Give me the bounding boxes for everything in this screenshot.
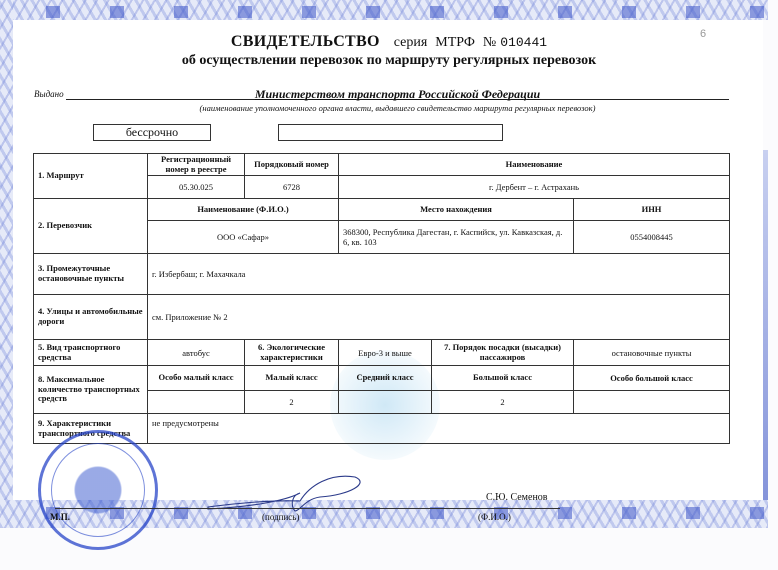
carrier-address-value: 368300, Республика Дагестан, г. Каспийск…: [339, 221, 574, 254]
route-name-header: Наименование: [339, 154, 730, 176]
characteristics-value: не предусмотрены: [148, 414, 730, 444]
table-row-carrier-header: 2. Перевозчик Наименование (Ф.И.О.) Мест…: [34, 199, 730, 221]
boarding-value: остановочные пункты: [574, 340, 730, 366]
class-value: [339, 391, 432, 414]
eco-value: Евро-3 и выше: [339, 340, 432, 366]
stamp-place-label: М.П.: [50, 512, 70, 522]
class-header: Особо большой класс: [574, 366, 730, 391]
table-row-max-classes: 8. Максимальное количество транспортных …: [34, 366, 730, 391]
stops-label: 3. Промежуточные остановочные пункты: [34, 254, 148, 295]
carrier-address-header: Место нахождения: [339, 199, 574, 221]
decorative-border-right: [763, 150, 768, 528]
class-value: 2: [432, 391, 574, 414]
certificate-subtitle: об осуществлении перевозок по маршруту р…: [0, 53, 778, 69]
class-value: [574, 391, 730, 414]
validity-term-box: бессрочно: [93, 124, 211, 141]
issued-by-value: Министерством транспорта Российской Феде…: [66, 87, 729, 102]
signature-caption: (подпись): [262, 512, 299, 522]
carrier-name-value: ООО «Сафар»: [148, 221, 339, 254]
certificate-number: 010441: [500, 35, 547, 50]
route-ord-header: Порядковый номер: [245, 154, 339, 176]
vehicle-type-label: 5. Вид транспортного средства: [34, 340, 148, 366]
series-value: МТРФ: [435, 35, 475, 50]
table-row-streets: 4. Улицы и автомобильные дороги см. Прил…: [34, 295, 730, 340]
carrier-inn-value: 0554008445: [574, 221, 730, 254]
validity-second-box: [278, 124, 503, 141]
title-text: СВИДЕТЕЛЬСТВО: [231, 33, 380, 50]
carrier-label: 2. Перевозчик: [34, 199, 148, 254]
class-header: Особо малый класс: [148, 366, 245, 391]
issued-label: Выдано: [34, 89, 64, 99]
class-value: 2: [245, 391, 339, 414]
decorative-border-left: [0, 0, 13, 528]
number-sign: №: [483, 35, 496, 50]
class-value: [148, 391, 245, 414]
route-name-value: г. Дербент – г. Астрахань: [339, 176, 730, 199]
eco-label: 6. Экологические характеристики: [245, 340, 339, 366]
class-header: Большой класс: [432, 366, 574, 391]
carrier-inn-header: ИНН: [574, 199, 730, 221]
table-row-characteristics: 9. Характеристики транспортного средства…: [34, 414, 730, 444]
max-vehicles-label: 8. Максимальное количество транспортных …: [34, 366, 148, 414]
class-header: Средний класс: [339, 366, 432, 391]
decorative-ornament-row-top: [14, 6, 764, 18]
table-row-stops: 3. Промежуточные остановочные пункты г. …: [34, 254, 730, 295]
streets-value: см. Приложение № 2: [148, 295, 730, 340]
table-row-route-header: 1. Маршрут Регистрационный номер в реест…: [34, 154, 730, 176]
signature-underline: [55, 508, 560, 509]
route-reg-header: Регистрационный номер в реестре: [148, 154, 245, 176]
route-reg-value: 05.30.025: [148, 176, 245, 199]
name-caption: (Ф.И.О.): [478, 512, 511, 522]
streets-label: 4. Улицы и автомобильные дороги: [34, 295, 148, 340]
carrier-name-header: Наименование (Ф.И.О.): [148, 199, 339, 221]
class-header: Малый класс: [245, 366, 339, 391]
certificate-title: СВИДЕТЕЛЬСТВО серия МТРФ № 010441: [0, 33, 778, 51]
route-label: 1. Маршрут: [34, 154, 148, 199]
issued-hint: (наименование уполномоченного органа вла…: [66, 103, 729, 113]
vehicle-type-value: автобус: [148, 340, 245, 366]
route-ord-value: 6728: [245, 176, 339, 199]
stops-value: г. Избербаш; г. Махачкала: [148, 254, 730, 295]
boarding-label: 7. Порядок посадки (высадки) пассажиров: [432, 340, 574, 366]
official-seal-stamp: [38, 430, 158, 550]
signer-name: С.Ю. Семенов: [486, 492, 548, 503]
series-label: серия: [394, 35, 428, 50]
table-row-vehicle: 5. Вид транспортного средства автобус 6.…: [34, 340, 730, 366]
certificate-table: 1. Маршрут Регистрационный номер в реест…: [33, 153, 730, 444]
